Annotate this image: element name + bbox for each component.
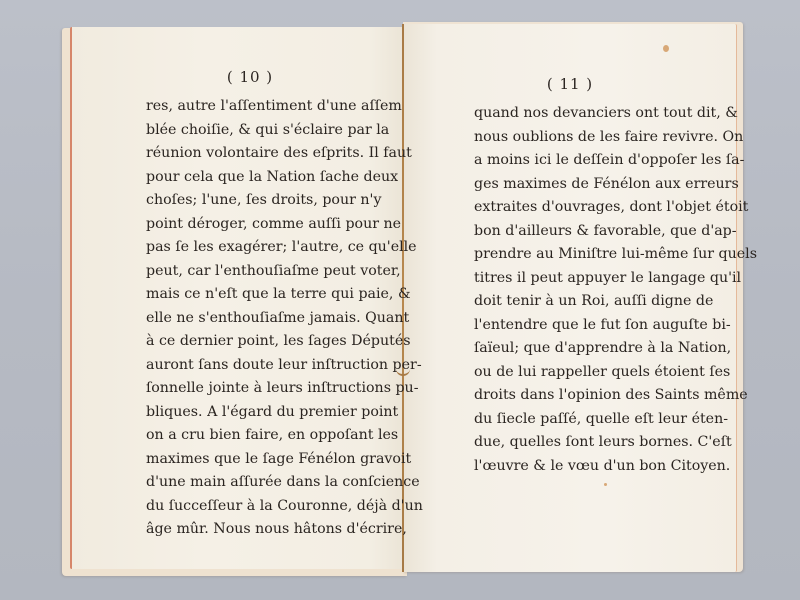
text-line: l'entendre que le fut ſon auguſte bi- xyxy=(474,314,684,338)
text-line: l'œuvre & le vœu d'un bon Citoyen. xyxy=(474,455,684,479)
text-line: à ce dernier point, les ſages Députés xyxy=(146,330,356,354)
text-line: on a cru bien faire, en oppoſant les xyxy=(146,424,356,448)
text-line: auront ſans doute leur inſtruction per- xyxy=(146,354,356,378)
text-line: choſes; l'une, ſes droits, pour n'y xyxy=(146,189,356,213)
text-line: a moins ici le deſſein d'oppoſer les ſa- xyxy=(474,149,684,173)
text-line: point déroger, comme auſſi pour ne xyxy=(146,213,356,237)
left-page-text: res, autre l'aſſentiment d'une aſſem blé… xyxy=(146,95,356,542)
text-line: ſonnelle jointe à leurs inſtructions pu- xyxy=(146,377,356,401)
text-line: maximes que le ſage Fénélon gravoit xyxy=(146,448,356,472)
text-line: elle ne s'enthouſiaſme jamais. Quant xyxy=(146,307,356,331)
text-line: extraites d'ouvrages, dont l'objet étoit xyxy=(474,196,684,220)
text-line: titres il peut appuyer le langage qu'il xyxy=(474,267,684,291)
text-line: pas ſe les exagérer; l'autre, ce qu'elle xyxy=(146,236,356,260)
text-line: d'une main aſſurée dans la conſcience xyxy=(146,471,356,495)
text-line: du ſucceſſeur à la Couronne, déjà d'un xyxy=(146,495,356,519)
text-line: ges maximes de Fénélon aux erreurs xyxy=(474,173,684,197)
text-line: bon d'ailleurs & favorable, que d'ap- xyxy=(474,220,684,244)
text-line: peut, car l'enthouſiaſme peut voter, xyxy=(146,260,356,284)
text-line: nous oublions de les faire revivre. On xyxy=(474,126,684,150)
right-page-number: ( 11 ) xyxy=(535,75,605,93)
left-page-number: ( 10 ) xyxy=(215,68,285,86)
text-line: droits dans l'opinion des Saints même xyxy=(474,384,684,408)
open-book: ( 10 ) res, autre l'aſſentiment d'une aſ… xyxy=(0,0,800,600)
text-line: âge mûr. Nous nous hâtons d'écrire, xyxy=(146,518,356,542)
text-line: pour cela que la Nation ſache deux xyxy=(146,166,356,190)
text-line: quand nos devanciers ont tout dit, & xyxy=(474,102,684,126)
text-line: bliques. A l'égard du premier point xyxy=(146,401,356,425)
text-line: ou de lui rappeller quels étoient ſes xyxy=(474,361,684,385)
right-page-text: quand nos devanciers ont tout dit, & nou… xyxy=(474,102,684,478)
text-line: réunion volontaire des eſprits. Il faut xyxy=(146,142,356,166)
foxing-spot xyxy=(604,483,607,486)
text-line: due, quelles ſont leurs bornes. C'eſt xyxy=(474,431,684,455)
foxing-spot xyxy=(663,45,669,52)
text-line: res, autre l'aſſentiment d'une aſſem xyxy=(146,95,356,119)
text-line: prendre au Miniſtre lui-même ſur quels xyxy=(474,243,684,267)
text-line: mais ce n'eſt que la terre qui paie, & xyxy=(146,283,356,307)
text-line: doit tenir à un Roi, auſſi digne de xyxy=(474,290,684,314)
text-line: blée choiſie, & qui s'éclaire par la xyxy=(146,119,356,143)
text-line: ſaïeul; que d'apprendre à la Nation, xyxy=(474,337,684,361)
text-line: du ſiecle paſſé, quelle eſt leur éten- xyxy=(474,408,684,432)
